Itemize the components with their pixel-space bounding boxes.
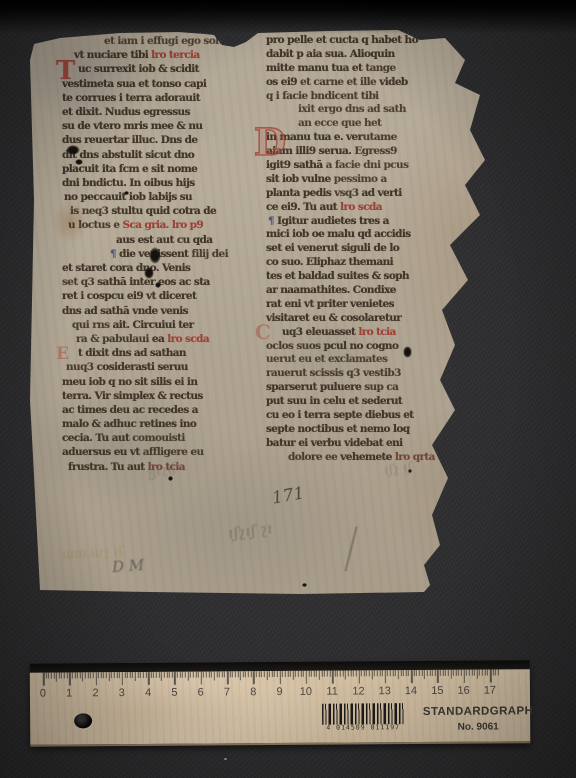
text-line: in manu tua e. verutame xyxy=(266,131,442,145)
cm-number: 14 xyxy=(405,685,417,697)
tick-mark xyxy=(482,670,483,676)
tick-mark xyxy=(237,671,238,677)
manuscript-leaf: et iam i effugi ego solusvt nuciare tibi… xyxy=(28,26,492,598)
text-line: ra & pabulaui ea lro scda xyxy=(62,332,248,346)
tick-mark xyxy=(216,671,217,677)
ruler-hole xyxy=(74,713,92,728)
text-line: an ecce que het xyxy=(266,117,442,131)
tick-mark xyxy=(93,672,94,678)
ink-spot xyxy=(302,583,307,587)
tick-mark xyxy=(387,670,388,676)
tick-mark xyxy=(303,671,304,677)
tick-mark xyxy=(80,672,81,678)
tick-mark xyxy=(235,671,236,677)
cm-number: 5 xyxy=(171,687,177,699)
text-line: t dixit dns ad sathan xyxy=(62,346,248,360)
text-column-right: pro pelle et cucta q habet hodabit p aia… xyxy=(266,34,442,465)
tick-mark xyxy=(337,671,338,677)
tick-mark xyxy=(382,670,383,676)
tick-mark xyxy=(345,671,346,680)
tick-mark xyxy=(369,670,370,676)
tick-mark xyxy=(148,672,150,685)
text-line: rat eni vt priter venietes xyxy=(266,298,442,312)
tick-mark xyxy=(453,670,454,676)
tick-mark xyxy=(429,670,430,676)
tick-mark xyxy=(158,672,159,678)
tick-mark xyxy=(474,670,475,676)
text-line: vt nuciare tibi lro tercia xyxy=(62,48,248,62)
tick-mark xyxy=(174,672,176,685)
cm-number: 16 xyxy=(457,685,469,697)
tick-mark xyxy=(208,671,209,677)
tick-mark xyxy=(98,672,99,678)
tick-mark xyxy=(127,672,128,678)
text-line: tes et baldad suites & soph xyxy=(266,270,442,284)
tick-mark xyxy=(477,670,478,679)
cm-number: 1 xyxy=(66,687,72,699)
tick-mark xyxy=(414,670,415,676)
tick-mark xyxy=(137,672,138,678)
text-line: mitte manu tua et tange xyxy=(266,62,442,76)
text-line: cu eo i terra septe diebus et xyxy=(266,409,442,423)
initial-letter: C xyxy=(255,322,271,342)
tick-mark xyxy=(343,671,344,677)
tick-mark xyxy=(219,671,220,677)
text-line: et iam i effugi ego solus xyxy=(62,34,248,48)
tick-mark xyxy=(358,670,360,683)
tick-mark xyxy=(374,670,375,676)
ruler-model-label: No. 9061 xyxy=(414,721,542,733)
tick-mark xyxy=(485,670,486,676)
ruler-brand-label: STANDARDGRAPH xyxy=(414,705,542,718)
tick-mark xyxy=(61,673,62,679)
tick-mark xyxy=(56,673,57,682)
tick-mark xyxy=(145,672,146,678)
tick-mark xyxy=(151,672,152,678)
cm-number: 13 xyxy=(379,685,391,697)
text-line: te corrues i terra adorauit xyxy=(62,91,248,105)
tick-mark xyxy=(285,671,286,677)
tick-mark xyxy=(437,670,439,683)
text-line: su de vtero mris mee & nu xyxy=(62,119,248,133)
tick-mark xyxy=(180,672,181,678)
tick-mark xyxy=(361,670,362,676)
cm-number: 8 xyxy=(250,686,256,698)
tick-mark xyxy=(182,672,183,678)
initial-letter: D xyxy=(254,124,286,161)
text-line: aus est aut cu qda xyxy=(62,233,248,247)
tick-mark xyxy=(187,672,188,681)
tick-mark xyxy=(90,672,91,678)
tick-mark xyxy=(243,671,244,677)
annotation: ɩʃʅ ɩʃ xyxy=(383,460,413,479)
text-line: septe noctibus et nemo loq xyxy=(266,423,442,437)
annotation: 171 xyxy=(271,483,306,508)
tick-mark xyxy=(261,671,262,677)
tick-mark xyxy=(227,671,229,684)
tick-mark xyxy=(274,671,275,677)
text-line: dolore ee vehemete lro qrta xyxy=(266,451,442,465)
tick-mark xyxy=(253,671,255,684)
tick-mark xyxy=(498,669,499,675)
tick-mark xyxy=(332,671,334,684)
tick-mark xyxy=(74,672,75,678)
ink-spot xyxy=(155,282,161,288)
tick-mark xyxy=(308,671,309,677)
text-line: uc surrexit iob & scidit xyxy=(62,62,248,76)
text-line: planta pedis vsq3 ad verti xyxy=(266,187,442,201)
text-line: ret i cospcu ei9 vt diceret xyxy=(62,289,248,303)
text-line: et dixit. Nudus egressus xyxy=(62,105,248,119)
tick-mark xyxy=(266,671,267,680)
tick-mark xyxy=(416,670,417,676)
text-line: sparserut puluere sup ca xyxy=(266,381,442,395)
tick-mark xyxy=(172,672,173,678)
annotation: D M xyxy=(111,556,144,576)
tick-mark xyxy=(250,671,251,677)
text-line: aduersus eu vt affligere eu xyxy=(62,445,248,459)
tick-mark xyxy=(130,672,131,678)
tick-mark xyxy=(264,671,265,677)
tick-mark xyxy=(340,671,341,677)
initial-letter: T xyxy=(56,58,75,84)
tick-mark xyxy=(487,670,488,676)
tick-mark xyxy=(306,671,308,684)
ink-spot xyxy=(144,267,154,279)
tick-mark xyxy=(164,672,165,678)
tick-mark xyxy=(87,672,88,678)
tick-mark xyxy=(421,670,422,676)
cm-number: 11 xyxy=(326,686,338,698)
cm-number: 0 xyxy=(40,688,46,700)
text-line: dns ad sathā vnde venis xyxy=(62,304,248,318)
ink-spot xyxy=(66,145,80,155)
tick-mark xyxy=(224,671,225,677)
tick-mark xyxy=(316,671,317,677)
tick-mark xyxy=(469,670,470,676)
tick-mark xyxy=(222,671,223,677)
text-line: aiam illi9 serua. Egress9 xyxy=(266,145,442,159)
tick-mark xyxy=(400,670,401,676)
tick-mark xyxy=(356,670,357,676)
tick-mark xyxy=(311,671,312,677)
tick-mark xyxy=(77,672,78,678)
tick-mark xyxy=(492,670,493,676)
text-line: put suu in celu et sederut xyxy=(266,395,442,409)
cm-number: 12 xyxy=(352,685,364,697)
tick-mark xyxy=(248,671,249,677)
tick-mark xyxy=(456,670,457,676)
text-line: set ei venerut siguli de lo xyxy=(266,242,442,256)
tick-mark xyxy=(258,671,259,677)
text-line: ar naamathites. Condixe xyxy=(266,284,442,298)
ruler: 01234567891011121314151617 4 014509 0111… xyxy=(30,660,531,744)
tick-mark xyxy=(153,672,154,678)
text-line: qui rns ait. Circuiui ter xyxy=(62,318,248,332)
tick-mark xyxy=(140,672,141,678)
tick-mark xyxy=(298,671,299,677)
tick-mark xyxy=(314,671,315,677)
tick-mark xyxy=(432,670,433,676)
tick-mark xyxy=(495,669,496,675)
text-line: is neq3 stultu quid cotra de xyxy=(62,204,248,218)
tick-mark xyxy=(103,672,104,678)
tick-mark xyxy=(458,670,459,676)
cm-number: 6 xyxy=(198,687,204,699)
tick-mark xyxy=(169,672,170,678)
tick-mark xyxy=(445,670,446,676)
text-line: ixit ergo dns ad sath xyxy=(266,103,442,117)
tick-mark xyxy=(214,671,215,680)
tick-mark xyxy=(116,672,117,678)
cm-number: 4 xyxy=(145,687,151,699)
text-line: dit dns abstulit sicut dno xyxy=(62,148,248,162)
tick-mark xyxy=(277,671,278,677)
ink-spot xyxy=(403,346,412,358)
text-line: rauerut scissis q3 vestib3 xyxy=(266,367,442,381)
tick-mark xyxy=(406,670,407,676)
text-line: dabit p aia sua. Alioquin xyxy=(266,48,442,62)
text-line: os ei9 et carne et ille videb xyxy=(266,76,442,90)
cm-number: 15 xyxy=(431,685,443,697)
text-line: malo & adhuc retines ino xyxy=(62,417,248,431)
tick-mark xyxy=(211,671,212,677)
tick-mark xyxy=(124,672,125,678)
tick-mark xyxy=(72,672,73,678)
ink-spot xyxy=(75,159,83,165)
tick-mark xyxy=(348,671,349,677)
tick-mark xyxy=(64,673,65,679)
text-line: batur ei verbu videbat eni xyxy=(266,437,442,451)
tick-mark xyxy=(435,670,436,676)
cm-number: 2 xyxy=(92,687,98,699)
tick-mark xyxy=(461,670,462,676)
text-line: visitaret eu & cosolaretur xyxy=(266,312,442,326)
text-line: cecia. Tu aut comouisti xyxy=(62,431,248,445)
cm-number: 17 xyxy=(484,684,496,696)
initial-letter: E xyxy=(56,346,69,363)
tick-mark xyxy=(59,673,60,679)
tick-mark xyxy=(53,673,54,679)
tick-mark xyxy=(166,672,167,678)
cm-number: 10 xyxy=(300,686,312,698)
tick-mark xyxy=(364,670,365,676)
tick-mark xyxy=(408,670,409,676)
text-line: igit9 sathā a facie dni pcus xyxy=(266,159,442,173)
tick-mark xyxy=(101,672,102,678)
tick-mark xyxy=(366,670,367,676)
tick-mark xyxy=(201,672,203,685)
tick-mark xyxy=(424,670,425,679)
tick-mark xyxy=(132,672,133,678)
tick-mark xyxy=(43,673,45,686)
tick-mark xyxy=(190,672,191,678)
text-line: dus reuertar illuc. Dns de xyxy=(62,133,248,147)
text-line: placuit ita fcm e sit nome xyxy=(62,162,248,176)
cm-number: 9 xyxy=(276,686,282,698)
text-line: uq3 eleuasset lro tcia xyxy=(266,326,442,340)
tick-mark xyxy=(335,671,336,677)
tick-mark xyxy=(85,672,86,678)
tick-mark xyxy=(398,670,399,679)
text-line: q i facie bndicent tibi xyxy=(266,90,442,104)
tick-mark xyxy=(66,672,67,678)
tick-mark xyxy=(114,672,115,678)
tick-mark xyxy=(350,671,351,677)
photo-background: et iam i effugi ego solusvt nuciare tibi… xyxy=(0,0,576,778)
tick-mark xyxy=(324,671,325,677)
tick-mark xyxy=(177,672,178,678)
tick-mark xyxy=(471,670,472,676)
tick-mark xyxy=(51,673,52,679)
tick-mark xyxy=(269,671,270,677)
tick-mark xyxy=(419,670,420,676)
tick-mark xyxy=(203,672,204,678)
tick-mark xyxy=(395,670,396,676)
tick-mark xyxy=(198,672,199,678)
tick-mark xyxy=(287,671,288,677)
text-line: no peccauit iob labijs su xyxy=(62,190,248,204)
tick-mark xyxy=(490,670,492,683)
tick-mark xyxy=(385,670,387,683)
tick-mark xyxy=(442,670,443,676)
text-line: uerut eu et exclamates xyxy=(266,353,442,367)
tick-mark xyxy=(392,670,393,676)
tick-mark xyxy=(111,672,112,678)
ruler-face: 01234567891011121314151617 4 014509 0111… xyxy=(30,669,531,746)
tick-mark xyxy=(403,670,404,676)
ink-spot xyxy=(149,247,161,264)
cm-number: 3 xyxy=(119,687,125,699)
tick-mark xyxy=(109,672,110,681)
pencil-stroke xyxy=(344,526,357,571)
tick-mark xyxy=(156,672,157,678)
tick-mark xyxy=(195,672,196,678)
text-line: ce ei9. Tu aut lro scda xyxy=(266,201,442,215)
tick-mark xyxy=(329,671,330,677)
text-line: oclos suos pcul no cogno xyxy=(266,340,442,354)
tick-mark xyxy=(379,670,380,676)
text-line: sit iob vulne pessimo a xyxy=(266,173,442,187)
tick-mark xyxy=(353,670,354,676)
tick-mark xyxy=(440,670,441,676)
text-line: meu iob q no sit silis ei in xyxy=(62,375,248,389)
cm-number: 7 xyxy=(224,686,230,698)
tick-mark xyxy=(466,670,467,676)
text-line: co suo. Eliphaz themani xyxy=(266,256,442,270)
text-line: nuq3 cosiderasti seruu xyxy=(62,360,248,374)
tick-mark xyxy=(371,670,372,679)
text-line: u loctus e Sca gria. lro p9 xyxy=(62,218,248,232)
dust-speck xyxy=(224,758,227,760)
tick-mark xyxy=(232,671,233,677)
text-line: pro pelle et cucta q habet ho xyxy=(266,34,442,48)
tick-mark xyxy=(45,673,46,679)
tick-mark xyxy=(295,671,296,677)
tick-mark xyxy=(450,670,451,679)
tick-mark xyxy=(463,670,465,683)
tick-mark xyxy=(119,672,120,678)
text-line: vestimeta sua et tonso capi xyxy=(62,77,248,91)
tick-mark xyxy=(135,672,136,681)
tick-mark xyxy=(411,670,413,683)
tick-mark xyxy=(82,672,83,681)
tick-mark xyxy=(279,671,281,684)
text-line: mici iob oe malu qd accidis xyxy=(266,228,442,242)
tick-mark xyxy=(106,672,107,678)
tick-mark xyxy=(48,673,49,679)
text-line: terra. Vir simplex & rectus xyxy=(62,389,248,403)
text-line: ¶ Igitur audietes tres a xyxy=(266,215,442,229)
tick-mark xyxy=(69,672,71,685)
tick-mark xyxy=(256,671,257,677)
text-line: ac times deu ac recedes a xyxy=(62,403,248,417)
tick-mark xyxy=(161,672,162,681)
barcode xyxy=(322,703,404,725)
annotation: ɩʃʅɩʃ ʅɩ xyxy=(227,519,274,542)
tick-mark xyxy=(293,671,294,680)
tick-mark xyxy=(321,671,322,677)
barcode-digits: 4 014509 011197 xyxy=(316,723,410,732)
tick-mark xyxy=(122,672,124,685)
tick-mark xyxy=(282,671,283,677)
tick-mark xyxy=(377,670,378,676)
tick-mark xyxy=(245,671,246,677)
tick-mark xyxy=(427,670,428,676)
tick-mark xyxy=(229,671,230,677)
tick-mark xyxy=(327,671,328,677)
tick-mark xyxy=(272,671,273,677)
tick-mark xyxy=(193,672,194,678)
tick-mark xyxy=(319,671,320,680)
tick-mark xyxy=(290,671,291,677)
tick-mark xyxy=(240,671,241,680)
ink-spot xyxy=(124,191,129,195)
tick-mark xyxy=(143,672,144,678)
tick-mark xyxy=(390,670,391,676)
text-line: dni bndictu. In oibus hijs xyxy=(62,176,248,190)
tick-mark xyxy=(206,672,207,678)
tick-mark xyxy=(479,670,480,676)
tick-mark xyxy=(448,670,449,676)
tick-mark xyxy=(95,672,97,685)
tick-mark xyxy=(300,671,301,677)
tick-mark xyxy=(185,672,186,678)
